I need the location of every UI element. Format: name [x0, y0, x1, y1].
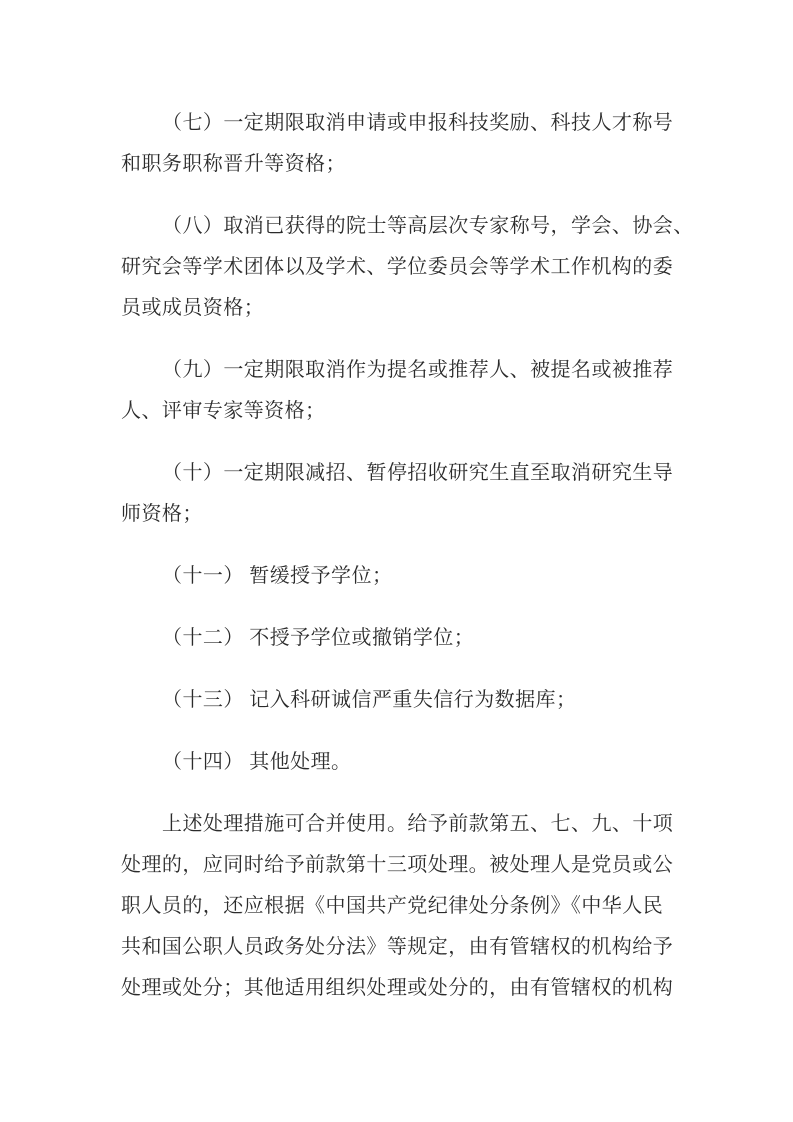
- text-line: （九）一定期限取消作为提名或推荐人、被提名或被推荐: [121, 350, 675, 391]
- text-line: 人、评审专家等资格；: [121, 391, 675, 432]
- text-line: （十）一定期限减招、暂停招收研究生直至取消研究生导: [121, 453, 675, 494]
- text-line: 师资格；: [121, 494, 675, 535]
- document-page: （七）一定期限取消申请或申报科技奖励、科技人才称号和职务职称晋升等资格；（八）取…: [0, 0, 793, 1122]
- paragraph-3: （九）一定期限取消作为提名或推荐人、被提名或被推荐人、评审专家等资格；: [121, 350, 675, 432]
- text-line: （七）一定期限取消申请或申报科技奖励、科技人才称号: [121, 103, 675, 144]
- document-body: （七）一定期限取消申请或申报科技奖励、科技人才称号和职务职称晋升等资格；（八）取…: [121, 103, 675, 1009]
- paragraph-5: （十一） 暂缓授予学位；: [121, 556, 675, 597]
- text-line: （十三） 记入科研诚信严重失信行为数据库；: [121, 680, 675, 721]
- paragraph-6: （十二） 不授予学位或撤销学位；: [121, 618, 675, 659]
- text-line: 上述处理措施可合并使用。给予前款第五、七、九、十项: [121, 804, 675, 845]
- text-line: 和职务职称晋升等资格；: [121, 144, 675, 185]
- paragraph-8: （十四） 其他处理。: [121, 742, 675, 783]
- text-line: 处理或处分；其他适用组织处理或处分的，由有管辖权的机构: [121, 968, 675, 1009]
- paragraph-1: （七）一定期限取消申请或申报科技奖励、科技人才称号和职务职称晋升等资格；: [121, 103, 675, 185]
- text-line: （十二） 不授予学位或撤销学位；: [121, 618, 675, 659]
- paragraph-9: 上述处理措施可合并使用。给予前款第五、七、九、十项处理的，应同时给予前款第十三项…: [121, 804, 675, 1009]
- text-line: （十一） 暂缓授予学位；: [121, 556, 675, 597]
- paragraph-2: （八）取消已获得的院士等高层次专家称号，学会、协会、研究会等学术团体以及学术、学…: [121, 206, 675, 329]
- text-line: （八）取消已获得的院士等高层次专家称号，学会、协会、: [121, 206, 675, 247]
- text-line: 处理的，应同时给予前款第十三项处理。被处理人是党员或公: [121, 845, 675, 886]
- paragraph-4: （十）一定期限减招、暂停招收研究生直至取消研究生导师资格；: [121, 453, 675, 535]
- text-line: 研究会等学术团体以及学术、学位委员会等学术工作机构的委: [121, 247, 675, 288]
- text-line: 职人员的，还应根据《中国共产党纪律处分条例》《中华人民: [121, 886, 675, 927]
- text-line: 员或成员资格；: [121, 288, 675, 329]
- paragraph-7: （十三） 记入科研诚信严重失信行为数据库；: [121, 680, 675, 721]
- text-line: （十四） 其他处理。: [121, 742, 675, 783]
- text-line: 共和国公职人员政务处分法》等规定，由有管辖权的机构给予: [121, 927, 675, 968]
